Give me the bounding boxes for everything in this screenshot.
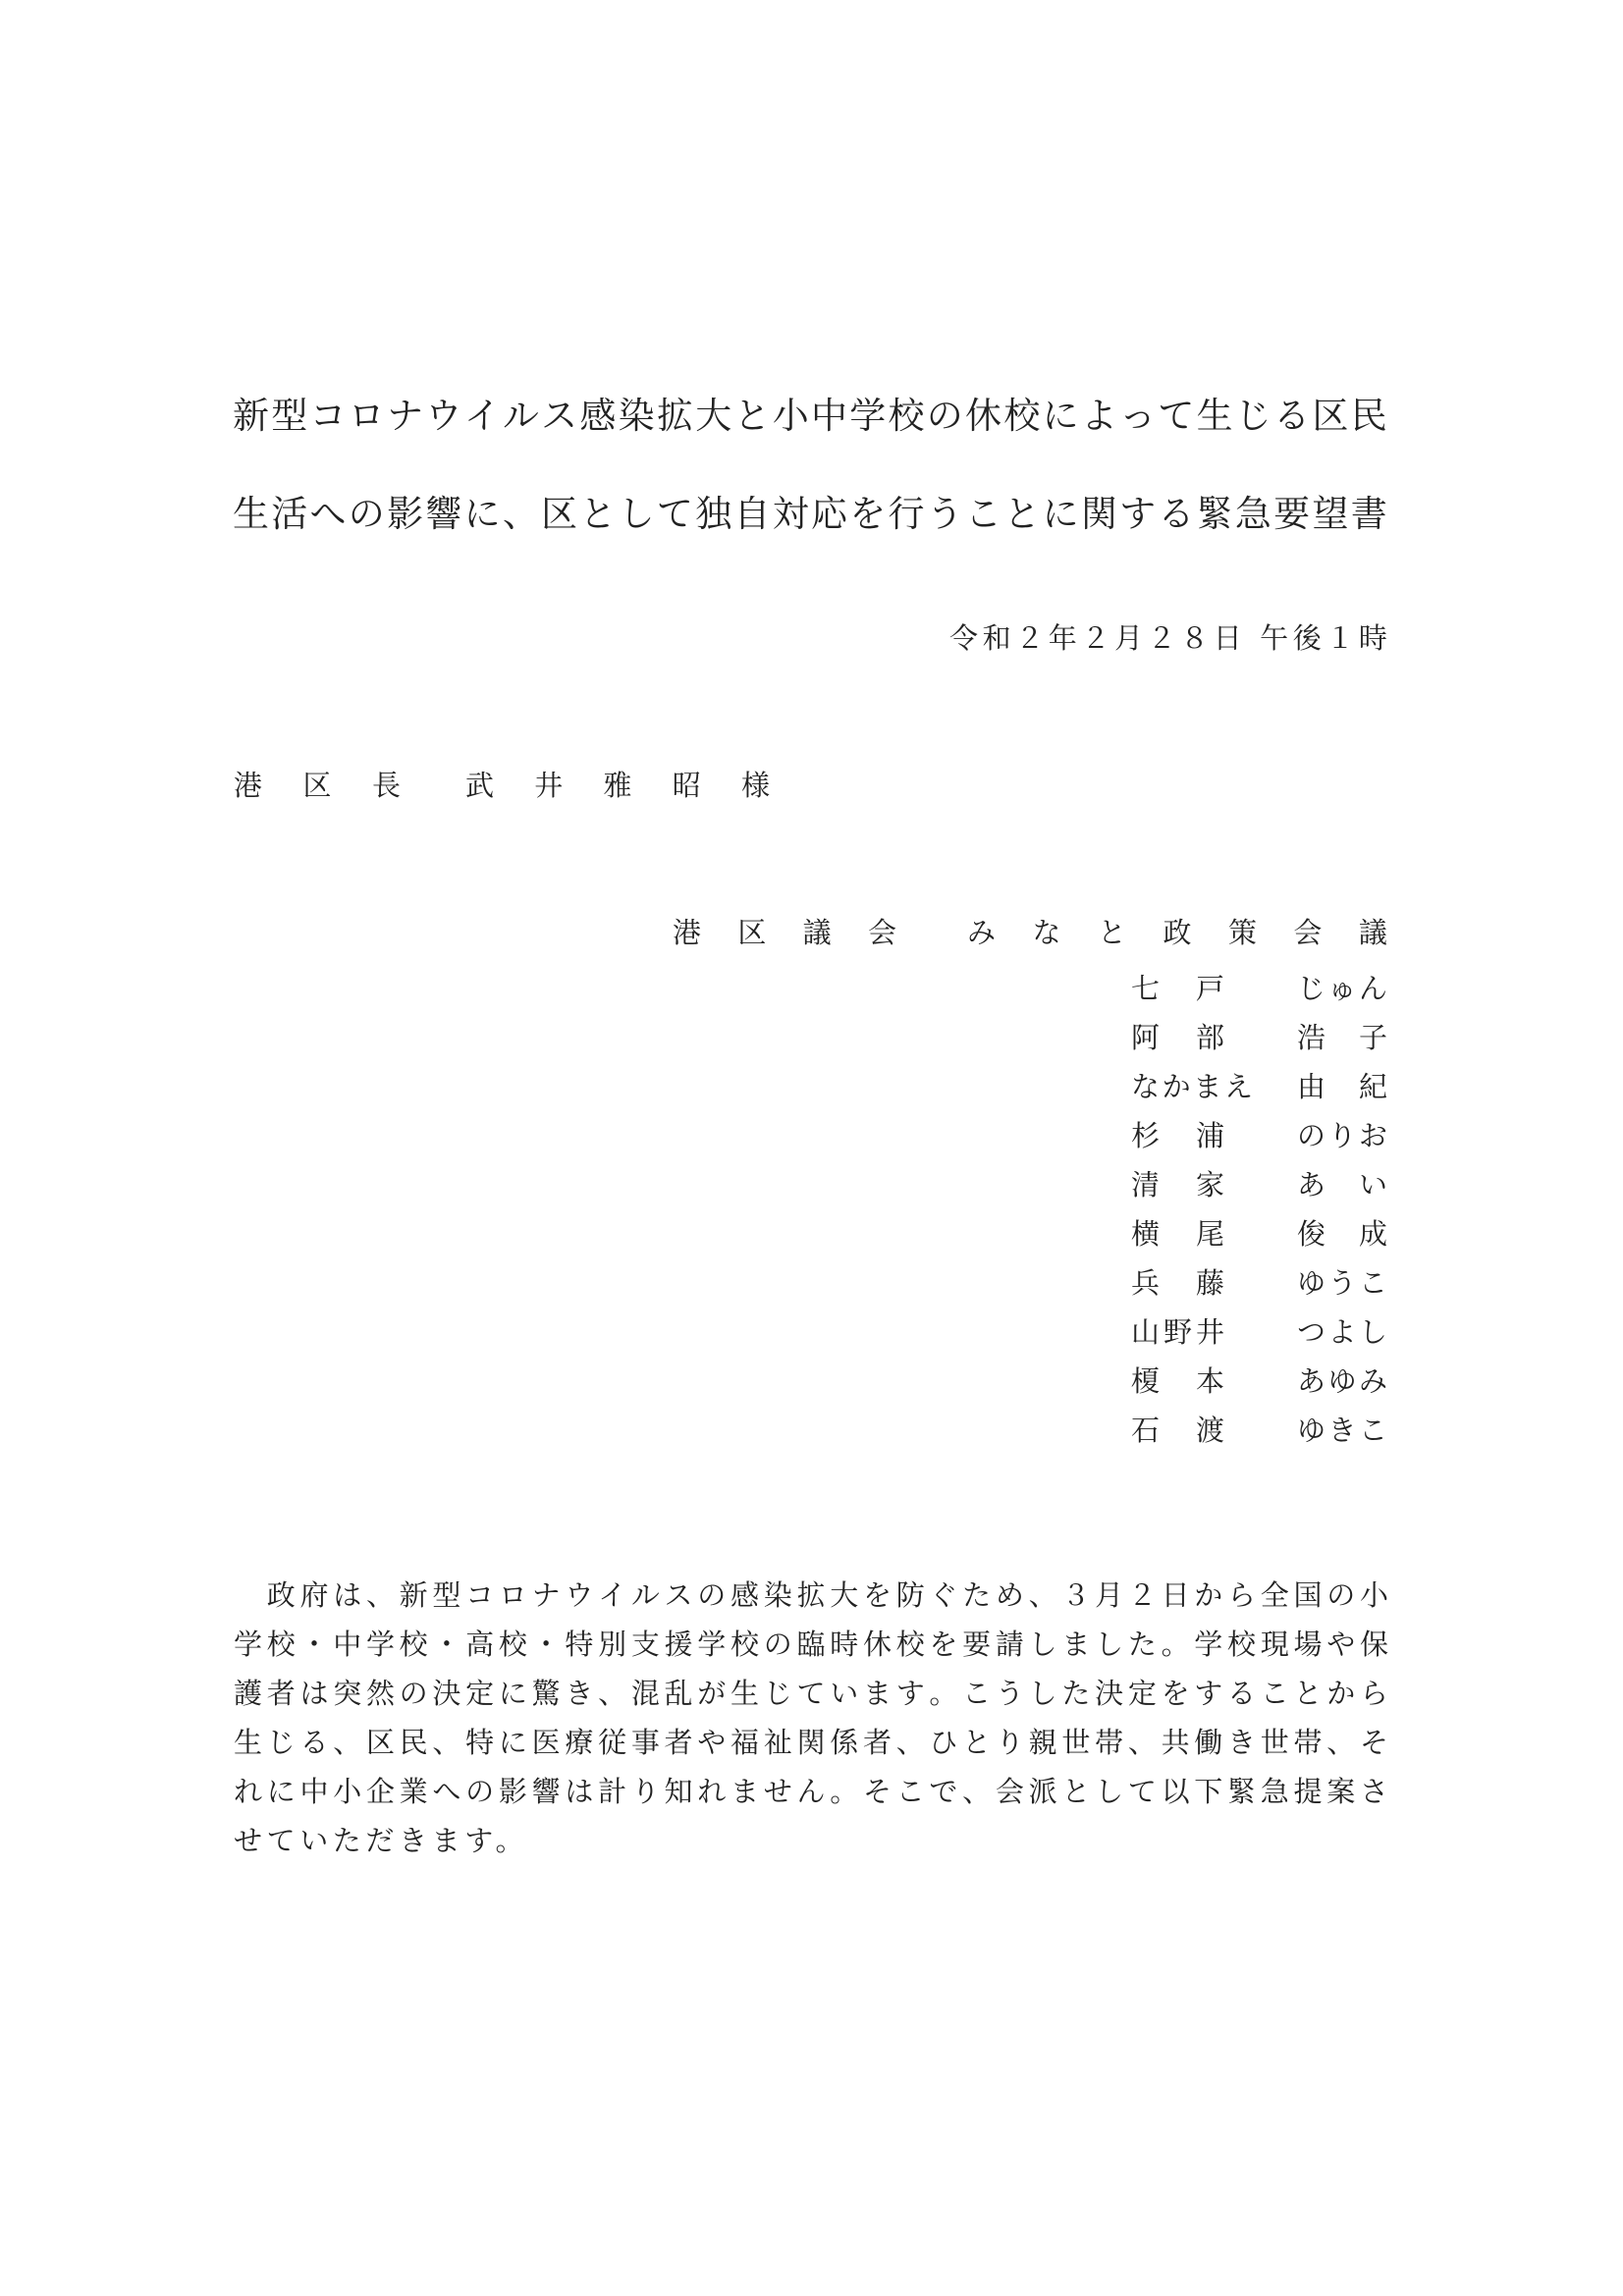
member-row: 清家あい	[1131, 1160, 1387, 1209]
member-given-name: じゅん	[1297, 964, 1387, 1013]
member-given-name: 俊成	[1297, 1209, 1387, 1258]
member-surname: 杉浦	[1131, 1111, 1224, 1160]
member-row: 石渡ゆきこ	[1131, 1406, 1387, 1455]
sender-organization: 港区議会	[673, 915, 896, 950]
member-given-name: ゆきこ	[1297, 1406, 1387, 1455]
member-row: 横尾俊成	[1131, 1209, 1387, 1258]
member-row: 兵藤ゆうこ	[1131, 1258, 1387, 1308]
addressee-title: 港区長	[234, 768, 401, 803]
document-title-line-1: 新型コロナウイルス感染拡大と小中学校の休校によって生じる区民	[233, 395, 1387, 438]
sender: 港区議会 みなと政策会議	[673, 915, 1387, 950]
member-surname: 阿部	[1131, 1013, 1224, 1062]
member-surname: 清家	[1131, 1160, 1224, 1209]
member-surname: 兵藤	[1131, 1258, 1224, 1308]
body-line: せていただきます。	[234, 1816, 1388, 1865]
body-paragraph: 政府は、新型コロナウイルスの感染拡大を防ぐため、３月２日から全国の小学校・中学校…	[234, 1571, 1388, 1865]
addressee: 港区長 武井雅昭様	[234, 768, 770, 803]
body-line: 生じる、区民、特に医療従事者や福祉関係者、ひとり親世帯、共働き世帯、そ	[234, 1718, 1388, 1767]
member-row: 杉浦のりお	[1131, 1111, 1387, 1160]
member-row: 山野井つよし	[1131, 1308, 1387, 1357]
member-given-name: つよし	[1297, 1308, 1387, 1357]
document-title-line-2: 生活への影響に、区として独自対応を行うことに関する緊急要望書	[233, 493, 1387, 536]
document-date: 令和２年２月２８日 午後１時	[949, 620, 1387, 656]
member-list: 七戸じゅん阿部浩子なかまえ由紀杉浦のりお清家あい横尾俊成兵藤ゆうこ山野井つよし榎…	[1131, 964, 1387, 1455]
member-surname: 山野井	[1131, 1308, 1224, 1357]
member-row: 榎本あゆみ	[1131, 1357, 1387, 1406]
member-surname: 横尾	[1131, 1209, 1224, 1258]
member-row: 阿部浩子	[1131, 1013, 1387, 1062]
addressee-name: 武井雅昭様	[465, 768, 770, 803]
body-line: 政府は、新型コロナウイルスの感染拡大を防ぐため、３月２日から全国の小	[234, 1571, 1388, 1620]
member-surname: 石渡	[1131, 1406, 1224, 1455]
body-line: れに中小企業への影響は計り知れません。そこで、会派として以下緊急提案さ	[234, 1767, 1388, 1816]
member-given-name: のりお	[1297, 1111, 1387, 1160]
member-surname: 榎本	[1131, 1357, 1224, 1406]
member-row: なかまえ由紀	[1131, 1062, 1387, 1111]
member-given-name: 由紀	[1297, 1062, 1387, 1111]
member-given-name: ゆうこ	[1297, 1258, 1387, 1308]
member-given-name: 浩子	[1297, 1013, 1387, 1062]
body-line: 護者は突然の決定に驚き、混乱が生じています。こうした決定をすることから	[234, 1669, 1388, 1718]
member-row: 七戸じゅん	[1131, 964, 1387, 1013]
sender-group: みなと政策会議	[967, 915, 1387, 950]
member-given-name: あゆみ	[1297, 1357, 1387, 1406]
member-surname: なかまえ	[1131, 1062, 1253, 1111]
member-surname: 七戸	[1131, 964, 1224, 1013]
body-line: 学校・中学校・高校・特別支援学校の臨時休校を要請しました。学校現場や保	[234, 1620, 1388, 1669]
member-given-name: あい	[1297, 1160, 1387, 1209]
